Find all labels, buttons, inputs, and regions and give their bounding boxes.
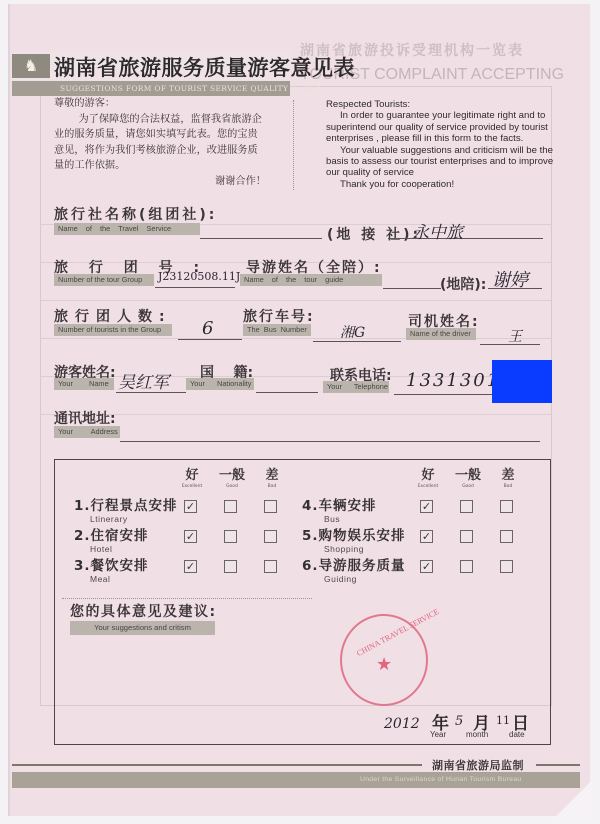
tour-group-value[interactable]: J23120508.11J — [158, 270, 240, 283]
rating-column-label-en: Good — [448, 484, 488, 489]
rating-checkbox-excellent[interactable]: ✓ — [184, 560, 197, 573]
suggestions-label: 您的具体意见及建议: — [70, 601, 217, 621]
date-year-label-en: Year — [430, 730, 446, 739]
rating-column-label: 一般 — [212, 468, 252, 484]
redaction-block — [492, 360, 552, 403]
rating-checkbox-good[interactable] — [460, 500, 473, 513]
intro-cn-thanks: 谢谢合作！ — [54, 174, 266, 190]
bus-number-label-en: The Bus Number — [243, 324, 311, 336]
rating-item-label-en: Bus — [324, 514, 340, 524]
rating-column-label: 好 — [408, 468, 448, 484]
rating-item-label-en: Hotel — [90, 544, 112, 554]
rating-checkbox-bad[interactable] — [264, 500, 277, 513]
rating-checkbox-good[interactable] — [224, 560, 237, 573]
intro-cn-greeting: 尊敬的游客： — [54, 96, 266, 112]
travel-service-field[interactable] — [200, 238, 322, 239]
intro-en-para1: In order to guarantee your legitimate ri… — [326, 110, 566, 144]
rating-column-label-en: Bad — [488, 484, 528, 489]
rating-checkbox-bad[interactable] — [500, 500, 513, 513]
rating-column-header: 差Bad — [488, 468, 528, 489]
rating-checkbox-bad[interactable] — [264, 530, 277, 543]
date-year-value[interactable]: 2012 — [384, 716, 420, 732]
num-tourists-label-en: Number of tourists in the Group — [54, 324, 172, 336]
rating-column-header: 一般Good — [212, 468, 252, 489]
rating-checkbox-good[interactable] — [224, 500, 237, 513]
rating-column-label-en: Excellent — [408, 484, 448, 489]
rating-checkbox-bad[interactable] — [264, 560, 277, 573]
rating-checkbox-bad[interactable] — [500, 530, 513, 543]
rating-item-label-en: Meal — [90, 574, 110, 584]
tour-guide-label-en: Name of the tour guide — [240, 274, 382, 286]
rating-checkbox-excellent[interactable]: ✓ — [420, 530, 433, 543]
rating-column-label: 差 — [488, 468, 528, 484]
form-title-en: SUGGESTIONS FORM OF TOURIST SERVICE QUAL… — [12, 81, 290, 96]
num-tourists-field[interactable] — [178, 339, 242, 340]
rating-column-header: 差Bad — [252, 468, 292, 489]
intro-chinese: 尊敬的游客： 为了保障您的合法权益，监督我省旅游企业的服务质量，请您如实填写此表… — [54, 96, 266, 189]
footer-supervisor: 湖南省旅游局监制 — [432, 757, 524, 773]
suggestions-field[interactable] — [70, 640, 330, 700]
rating-checkbox-excellent[interactable]: ✓ — [184, 530, 197, 543]
star-icon: ★ — [376, 654, 392, 675]
tour-guide-field[interactable] — [383, 288, 441, 289]
rating-item-label-en: Shopping — [324, 544, 364, 554]
rating-item-label: 5.购物娱乐安排 — [302, 524, 406, 544]
travel-service-label: 旅行社名称(组团社): — [54, 204, 217, 224]
rating-checkbox-excellent[interactable]: ✓ — [184, 500, 197, 513]
bus-number-label: 旅行车号: — [243, 306, 315, 326]
date-day-label-en: date — [509, 730, 525, 739]
rating-column-label: 好 — [172, 468, 212, 484]
address-field[interactable] — [120, 441, 540, 442]
intro-cn-body: 为了保障您的合法权益，监督我省旅游企业的服务质量，请您如实填写此表。您的宝贵意见… — [54, 112, 266, 174]
rating-column-label: 一般 — [448, 468, 488, 484]
rating-column-label: 差 — [252, 468, 292, 484]
company-seal: CHINA TRAVEL SERVICE ★ — [340, 614, 428, 706]
rating-item-label: 3.餐饮安排 — [74, 554, 149, 574]
suggestions-label-en: Your suggestions and critism — [70, 621, 215, 635]
background-grid-line — [40, 414, 552, 415]
rating-checkbox-good[interactable] — [460, 560, 473, 573]
date-month-value[interactable]: 5 — [455, 714, 463, 729]
rating-checkbox-bad[interactable] — [500, 560, 513, 573]
local-agency-label: (地 接 社): — [327, 224, 421, 244]
address-label-en: Your Address — [54, 426, 120, 438]
address-label: 通讯地址: — [54, 408, 116, 428]
rating-item-label: 4.车辆安排 — [302, 494, 377, 514]
driver-name-value[interactable]: 王 — [508, 326, 522, 346]
local-guide-value[interactable]: 谢婷 — [492, 266, 528, 292]
your-name-label-en: Your Name — [54, 378, 114, 390]
rating-item-label: 2.住宿安排 — [74, 524, 149, 544]
suggestions-divider — [62, 598, 312, 599]
background-grid-line — [40, 300, 552, 301]
rating-item-label-en: Guiding — [324, 574, 357, 584]
rating-checkbox-excellent[interactable]: ✓ — [420, 560, 433, 573]
local-agency-value[interactable]: 永中旅 — [412, 218, 463, 243]
nationality-field[interactable] — [256, 392, 318, 393]
local-guide-label: (地陪): — [440, 274, 486, 294]
tour-group-label-en: Number of the tour Group — [54, 274, 154, 286]
rating-column-label-en: Bad — [252, 484, 292, 489]
num-tourists-label: 旅行团人数: — [54, 306, 172, 326]
tour-group-field[interactable] — [155, 287, 235, 288]
rating-column-label-en: Excellent — [172, 484, 212, 489]
telephone-label-en: Your Telephone — [323, 381, 389, 393]
telephone-value[interactable]: 1331301 — [406, 370, 500, 391]
telephone-field[interactable] — [394, 394, 494, 395]
header-banner: ♞ 湖南省旅游服务质量游客意见表 SUGGESTIONS FORM OF TOU… — [12, 52, 290, 98]
rating-item-label-en: Ltinerary — [90, 514, 128, 524]
rating-checkbox-good[interactable] — [460, 530, 473, 543]
date-day-value[interactable]: 11 — [496, 714, 510, 727]
rating-item-label: 1.行程景点安排 — [74, 494, 178, 514]
rating-item-label: 6.导游服务质量 — [302, 554, 406, 574]
rating-column-header: 好Excellent — [408, 468, 448, 489]
intro-english: Respected Tourists: In order to guarante… — [326, 99, 566, 190]
intro-en-para2: Your valuable suggestions and criticism … — [326, 145, 566, 179]
intro-en-thanks: Thank you for cooperation! — [326, 179, 566, 190]
your-name-value[interactable]: 吴红军 — [118, 368, 169, 393]
rating-checkbox-excellent[interactable]: ✓ — [420, 500, 433, 513]
intro-en-greeting: Respected Tourists: — [326, 99, 566, 110]
driver-name-label-en: Name of the driver — [406, 328, 476, 340]
bus-number-value[interactable]: 湘G — [340, 322, 365, 342]
footer-supervisor-en: Under the Surveillance of Hunan Tourism … — [360, 772, 521, 788]
intro-divider — [293, 100, 294, 190]
rating-column-label-en: Good — [212, 484, 252, 489]
rating-column-header: 一般Good — [448, 468, 488, 489]
rating-checkbox-good[interactable] — [224, 530, 237, 543]
num-tourists-value[interactable]: 6 — [202, 318, 213, 339]
nationality-label-en: Your Nationality — [186, 378, 254, 390]
date-month-label-en: month — [466, 730, 488, 739]
rating-column-header: 好Excellent — [172, 468, 212, 489]
form-title: 湖南省旅游服务质量游客意见表 — [54, 52, 355, 82]
travel-service-label-en: Name of the Travel Service — [54, 223, 200, 235]
horse-icon: ♞ — [12, 54, 50, 78]
